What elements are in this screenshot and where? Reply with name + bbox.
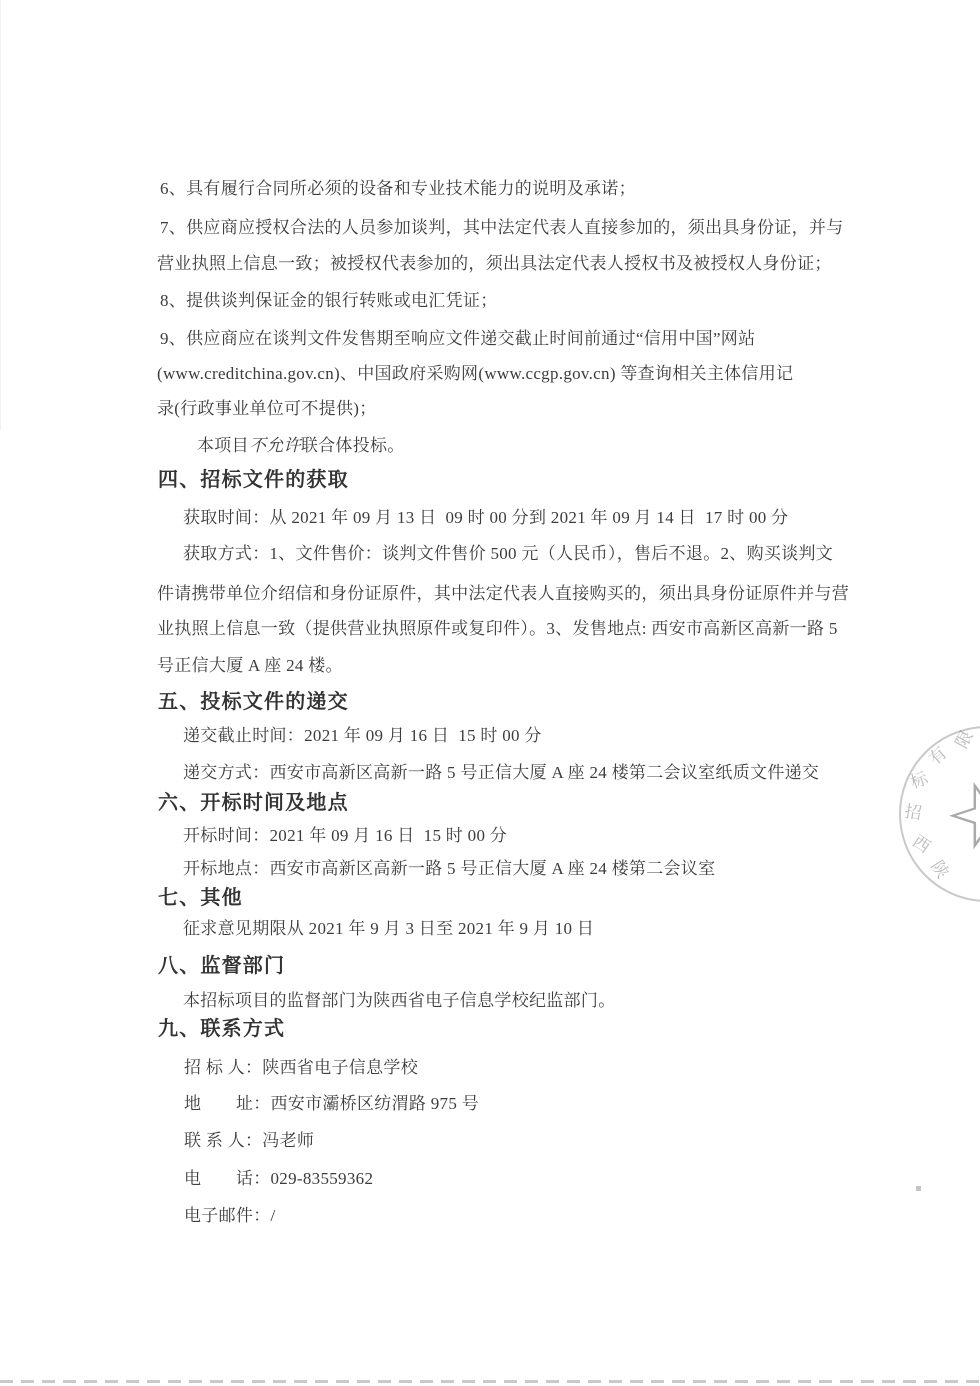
seal-char: 招 xyxy=(903,797,923,824)
seal-char: 陕 xyxy=(926,855,956,883)
doc-line: 8、提供谈判保证金的银行转账或电汇凭证； xyxy=(160,290,498,312)
doc-line: 本招标项目的监督部门为陕西省电子信息学校纪监部门。 xyxy=(183,990,616,1012)
contact-email-line: 电子邮件：/ xyxy=(184,1205,276,1227)
seal-char: 限 xyxy=(947,725,977,752)
section-heading-4: 四、招标文件的获取 xyxy=(158,468,349,492)
emphasis-italic: 不允许 xyxy=(249,436,301,455)
doc-text: 联合体投标。 xyxy=(301,436,405,455)
doc-line: 递交截止时间：2021 年 09 月 16 日 15 时 00 分 xyxy=(183,725,542,747)
doc-line: 7、供应商应授权合法的人员参加谈判，其中法定代表人直接参加的，须出具身份证，并与 xyxy=(160,217,844,239)
doc-line: 9、供应商应在谈判文件发售期至响应文件递交截止时间前通过“信用中国”网站 xyxy=(160,328,755,350)
seal-char: 西 xyxy=(908,827,936,857)
contact-address-line: 地 址：西安市灞桥区纺渭路 975 号 xyxy=(184,1093,479,1115)
doc-line: 号正信大厦 A 座 24 楼。 xyxy=(157,655,343,677)
company-seal-stamp: ☆ 陕 西 招 标 有 限 xyxy=(0,0,980,1386)
section-heading-9: 九、联系方式 xyxy=(158,1017,285,1041)
scan-edge-artifact xyxy=(0,0,1,430)
contact-tenderer-line: 招 标 人：陕西省电子信息学校 xyxy=(184,1057,418,1079)
doc-line: 营业执照上信息一致；被授权代表参加的，须出具法定代表人授权书及被授权人身份证； xyxy=(157,253,832,275)
seal-char: 有 xyxy=(922,740,951,770)
section-heading-6: 六、开标时间及地点 xyxy=(158,791,349,815)
doc-line: 获取方式：1、文件售价：谈判文件售价 500 元（人民币），售后不退。2、购买谈… xyxy=(183,543,833,565)
seal-star-icon: ☆ xyxy=(924,754,980,875)
seal-circle xyxy=(899,726,980,902)
doc-line: 征求意见期限从 2021 年 9 月 3 日至 2021 年 9 月 10 日 xyxy=(183,918,594,940)
doc-line: (www.creditchina.gov.cn)、中国政府采购网(www.ccg… xyxy=(157,363,793,385)
doc-line: 录(行政事业单位可不提供)； xyxy=(157,398,377,420)
document-page: 6、具有履行合同所必须的设备和专业技术能力的说明及承诺； 7、供应商应授权合法的… xyxy=(0,0,980,1386)
scan-bottom-edge-artifact xyxy=(0,1380,980,1383)
doc-line-no-consortium: 本项目不允许联合体投标。 xyxy=(197,435,405,457)
scan-speck-artifact xyxy=(916,1186,921,1191)
section-heading-7: 七、其他 xyxy=(158,886,243,910)
doc-line: 开标时间：2021 年 09 月 16 日 15 时 00 分 xyxy=(183,825,507,847)
contact-person-line: 联 系 人：冯老师 xyxy=(184,1130,314,1152)
section-heading-5: 五、投标文件的递交 xyxy=(158,690,349,714)
doc-line: 业执照上信息一致（提供营业执照原件或复印件）。3、发售地点: 西安市高新区高新一… xyxy=(157,618,838,640)
doc-line: 获取时间：从 2021 年 09 月 13 日 09 时 00 分到 2021 … xyxy=(183,507,788,529)
contact-phone-line: 电 话：029-83559362 xyxy=(184,1168,373,1190)
doc-line: 件请携带单位介绍信和身份证原件，其中法定代表人直接购买的，须出具身份证原件并与营 xyxy=(157,583,849,605)
seal-char: 标 xyxy=(906,764,931,793)
doc-line: 递交方式：西安市高新区高新一路 5 号正信大厦 A 座 24 楼第二会议室纸质文… xyxy=(183,762,819,784)
doc-text: 本项目 xyxy=(197,436,249,455)
doc-line: 开标地点：西安市高新区高新一路 5 号正信大厦 A 座 24 楼第二会议室 xyxy=(183,858,715,880)
section-heading-8: 八、监督部门 xyxy=(158,954,285,978)
doc-line: 6、具有履行合同所必须的设备和专业技术能力的说明及承诺； xyxy=(160,178,636,200)
